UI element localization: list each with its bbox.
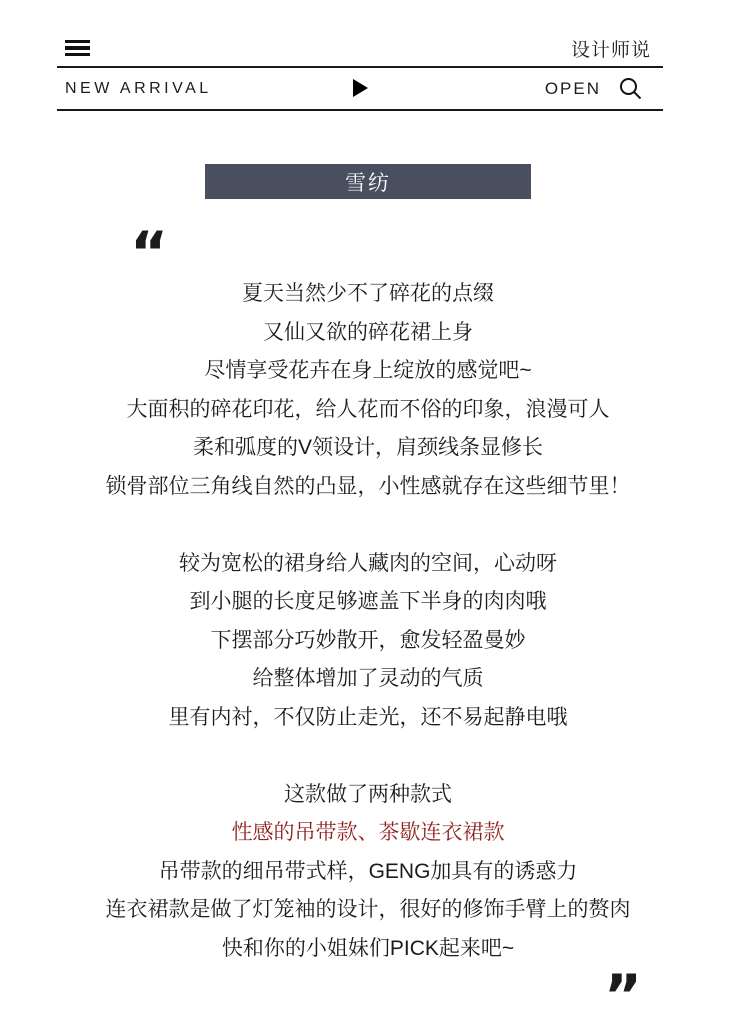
section-title-banner: 雪纺 xyxy=(205,164,531,199)
header-right-group: OPEN xyxy=(545,76,663,101)
article-line: 到小腿的长度足够遮盖下半身的肉肉哦 xyxy=(0,583,736,622)
open-button[interactable]: OPEN xyxy=(545,79,601,99)
article-line: 夏天当然少不了碎花的点缀 xyxy=(0,275,736,314)
article-line: 大面积的碎花印花，给人花而不俗的印象，浪漫可人 xyxy=(0,391,736,430)
article-body: 夏天当然少不了碎花的点缀 又仙又欲的碎花裙上身 尽情享受花卉在身上绽放的感觉吧~… xyxy=(0,275,736,968)
article-line: 较为宽松的裙身给人藏肉的空间，心动呀 xyxy=(0,545,736,584)
play-icon[interactable] xyxy=(353,79,368,97)
header-nav-row: NEW ARRIVAL OPEN xyxy=(57,68,663,109)
header-divider-bottom xyxy=(57,109,663,111)
article-line: 给整体增加了灵动的气质 xyxy=(0,660,736,699)
article-line: 里有内衬，不仅防止走光，还不易起静电哦 xyxy=(0,699,736,738)
article-line: 这款做了两种款式 xyxy=(0,776,736,815)
paragraph: 这款做了两种款式 性感的吊带款、茶歇连衣裙款 吊带款的细吊带式样，GENG加具有… xyxy=(0,776,736,969)
article-line: 吊带款的细吊带式样，GENG加具有的诱惑力 xyxy=(0,853,736,892)
article-line: 连衣裙款是做了灯笼袖的设计，很好的修饰手臂上的赘肉 xyxy=(0,891,736,930)
article-line: 下摆部分巧妙散开，愈发轻盈曼妙 xyxy=(0,622,736,661)
hamburger-bar xyxy=(65,53,90,57)
article-line: 又仙又欲的碎花裙上身 xyxy=(0,314,736,353)
article-line-accent: 性感的吊带款、茶歇连衣裙款 xyxy=(0,814,736,853)
nav-item-new-arrival[interactable]: NEW ARRIVAL xyxy=(65,80,212,98)
search-icon[interactable] xyxy=(618,76,643,101)
hamburger-icon[interactable] xyxy=(65,40,90,57)
hamburger-bar xyxy=(65,40,90,44)
quote-close-mark: ” xyxy=(0,970,642,1012)
hamburger-bar xyxy=(65,46,90,50)
article-line: 柔和弧度的V领设计，肩颈线条显修长 xyxy=(0,429,736,468)
paragraph: 夏天当然少不了碎花的点缀 又仙又欲的碎花裙上身 尽情享受花卉在身上绽放的感觉吧~… xyxy=(0,275,736,506)
article-line: 锁骨部位三角线自然的凸显，小性感就存在这些细节里！ xyxy=(0,468,736,507)
paragraph: 较为宽松的裙身给人藏肉的空间，心动呀 到小腿的长度足够遮盖下半身的肉肉哦 下摆部… xyxy=(0,545,736,738)
article-line: 尽情享受花卉在身上绽放的感觉吧~ xyxy=(0,352,736,391)
site-header: 设计师说 NEW ARRIVAL OPEN xyxy=(0,0,736,111)
header-top-row: 设计师说 xyxy=(57,30,663,66)
brand-title[interactable]: 设计师说 xyxy=(571,35,663,62)
quote-open-mark: “ xyxy=(130,231,736,273)
